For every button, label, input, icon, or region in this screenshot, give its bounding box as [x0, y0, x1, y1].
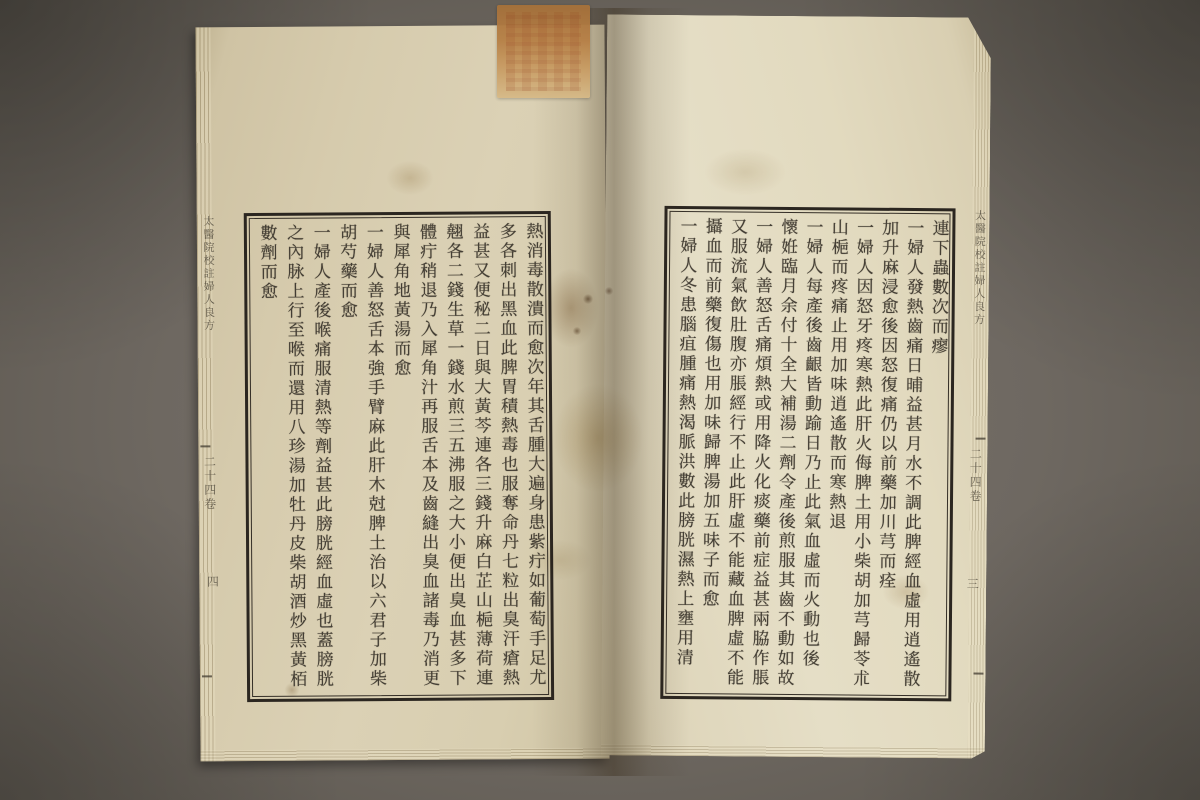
right-banxin-bar — [976, 438, 986, 440]
text-column: 體疔稍退乃入犀角汁再服舌本及齒縫出臭血諸毒乃消更 — [412, 223, 442, 691]
left-banxin-title: 太醫院校註婦人良方 — [200, 215, 217, 332]
text-column: 與犀角地黃湯而愈 — [386, 223, 416, 691]
left-text-frame-inner: 熱消毒散潰而愈次年其舌腫大遍身患紫疔如葡萄手足尤 多各刺出黑血此脾胃積熱毒也服奪… — [249, 216, 549, 697]
text-column: 連下蟲數次而瘳 — [921, 219, 950, 691]
left-page: 太醫院校註婦人良方 二十四卷 四 熱消毒散潰而愈次年其舌腫大遍身患紫疔如葡萄手足… — [195, 25, 609, 762]
text-column: 熱消毒散潰而愈次年其舌腫大遍身患紫疔如葡萄手足尤 — [519, 222, 549, 690]
right-text-frame-inner: 連下蟲數次而瘳 一婦人發熱齒痛日晡益甚月水不調此脾經血虛用逍遙散 加升麻浸愈後因… — [665, 211, 950, 696]
left-banxin-bar — [200, 445, 210, 447]
text-column: 山梔而疼痛止用加味逍遙散而寒熱退 — [821, 218, 850, 690]
text-column: 加升麻浸愈後因怒復痛仍以前藥加川芎而痊 — [871, 219, 900, 691]
text-column: 又服流氣飲肚腹亦脹經行不止此肝虛不能藏血脾虛不能 — [720, 217, 749, 689]
text-column: 一婦人每產後齒齦皆動踰日乃止此氣血虛而火動也後 — [795, 218, 824, 690]
text-column: 翹各二錢生草一錢水煎三五沸服之大小便出臭血甚多下 — [439, 223, 469, 691]
text-column: 懷姙臨月余付十全大補湯二劑令產後煎服其齒不動如故 — [770, 218, 799, 690]
text-column: 攝血而前藥復傷也用加味歸脾湯加五味子而愈 — [695, 217, 724, 689]
collection-label-faded-text — [506, 12, 581, 91]
text-column: 一婦人因怒牙疼寒熱此肝火侮脾土用小柴胡加芎歸苓朮 — [846, 218, 875, 690]
right-page: 太醫院校註婦人良方 二十四卷 三 連下蟲數次而瘳 一婦人發熱齒痛日晡益甚月水不調… — [601, 14, 991, 758]
text-column: 數劑而愈 — [253, 224, 283, 692]
right-text-frame: 連下蟲數次而瘳 一婦人發熱齒痛日晡益甚月水不調此脾經血虛用逍遙散 加升麻浸愈後因… — [660, 206, 955, 702]
text-column: 多各刺出黑血此脾胃積熱毒也服奪命丹七粒出臭汗瘡熱 — [492, 222, 522, 690]
text-column: 益甚又便秘二日與大黃芩連各三錢升麻白芷山梔薄荷連 — [466, 222, 496, 690]
right-banxin-volume: 二十四卷 — [967, 447, 984, 503]
text-column: 一婦人善怒舌痛煩熱或用降火化痰藥前症益甚兩脇作脹 — [745, 218, 774, 690]
left-page-edge-stack — [195, 27, 215, 761]
left-page-bottom-edge — [200, 748, 609, 762]
collection-label — [497, 5, 590, 98]
text-column: 一婦人產後喉痛服清熱等劑益甚此膀胱經血虛也蓋膀胱 — [306, 223, 336, 691]
left-page-number: 四 — [204, 575, 221, 589]
right-page-edge-stack — [968, 18, 991, 759]
photo-backdrop: 太醫院校註婦人良方 二十四卷 四 熱消毒散潰而愈次年其舌腫大遍身患紫疔如葡萄手足… — [0, 0, 1200, 800]
left-banxin-volume: 二十四卷 — [201, 455, 218, 511]
text-column: 一婦人善怒舌本強手臂麻此肝木尅脾土治以六君子加柴 — [359, 223, 389, 691]
text-column: 一婦人發熱齒痛日晡益甚月水不調此脾經血虛用逍遙散 — [896, 219, 925, 691]
text-column: 之內脉上行至喉而還用八珍湯加牡丹皮柴胡酒炒黑黃栢 — [279, 224, 309, 692]
right-banxin-bar-2 — [973, 673, 983, 675]
text-column: 胡芍藥而愈 — [333, 223, 363, 691]
left-banxin-bar-2 — [202, 675, 212, 677]
text-column: 一婦人冬患腦疽腫痛熱渴脈洪數此膀胱濕熱上壅用清 — [669, 217, 698, 689]
left-text-frame: 熱消毒散潰而愈次年其舌腫大遍身患紫疔如葡萄手足尤 多各刺出黑血此脾胃積熱毒也服奪… — [244, 211, 554, 702]
right-banxin-title: 太醫院校註婦人良方 — [971, 210, 988, 327]
right-page-bottom-edge — [601, 744, 985, 758]
left-text-block: 熱消毒散潰而愈次年其舌腫大遍身患紫疔如葡萄手足尤 多各刺出黑血此脾胃積熱毒也服奪… — [253, 222, 549, 692]
right-page-number: 三 — [964, 577, 981, 591]
right-text-block: 連下蟲數次而瘳 一婦人發熱齒痛日晡益甚月水不調此脾經血虛用逍遙散 加升麻浸愈後因… — [669, 217, 950, 691]
